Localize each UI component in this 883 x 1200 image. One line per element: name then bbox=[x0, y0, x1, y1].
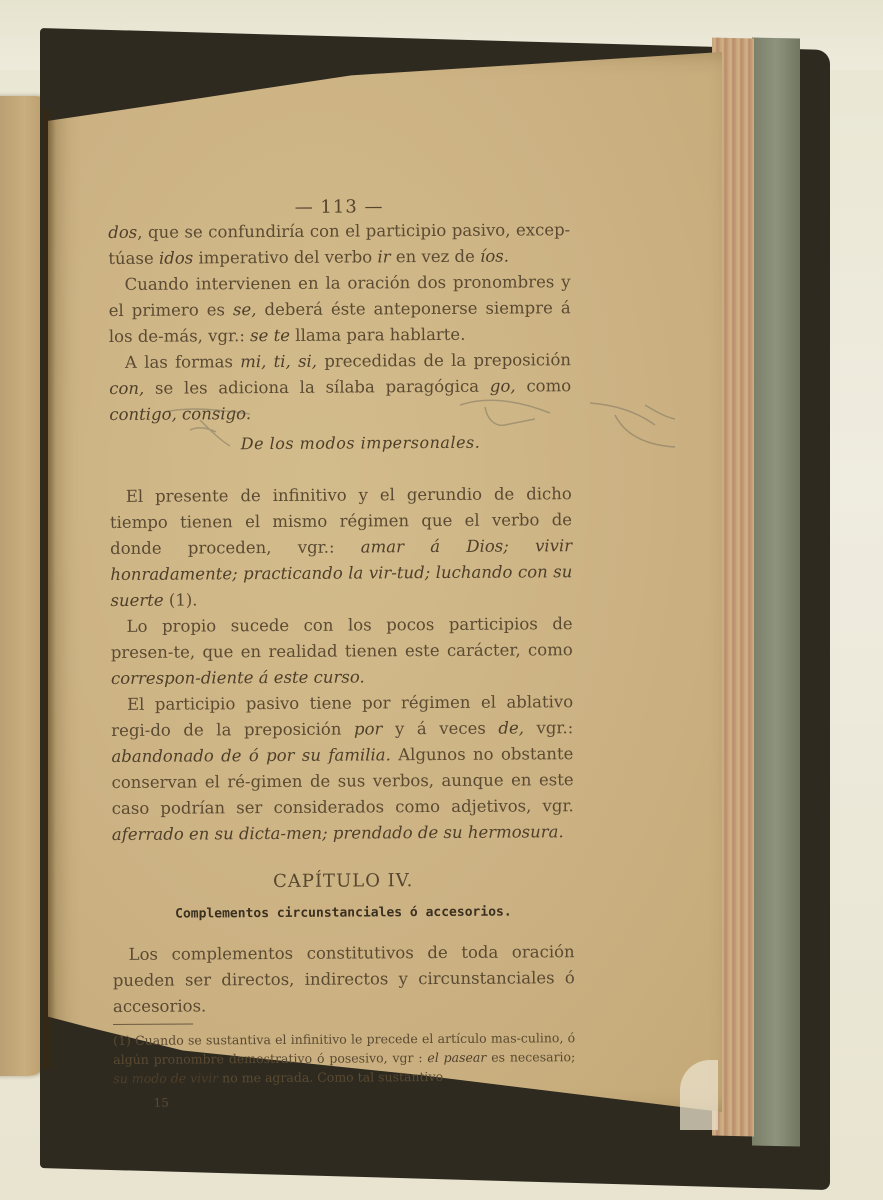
signature-mark: 15 bbox=[153, 1087, 575, 1116]
paragraph: El presente de infinitivo y el gerundio … bbox=[110, 481, 573, 614]
paragraphs-chapter: Los complementos constitutivos de toda o… bbox=[113, 939, 575, 1020]
italic-text: contigo, consigo. bbox=[109, 404, 251, 424]
paragraph: El participio pasivo tiene por régimen e… bbox=[111, 689, 574, 848]
italic-text: se te bbox=[250, 326, 290, 345]
paragraph: A las formas mi, ti, si, precedidas de l… bbox=[109, 347, 571, 428]
italic-text: con, bbox=[109, 379, 144, 398]
page-corner-highlight bbox=[680, 1060, 718, 1130]
italic-text: mi, ti, si, bbox=[240, 352, 317, 371]
paragraphs-top: dos, que se confundiría con el participi… bbox=[108, 217, 571, 428]
body-text: Los complementos constitutivos de toda o… bbox=[113, 942, 575, 1016]
body-text: llama para hablarte. bbox=[290, 325, 466, 345]
footnote-rule bbox=[113, 1023, 193, 1024]
pencil-pointing-hand-icon bbox=[585, 395, 695, 455]
page-text: — 113 — dos, que se confundiría con el p… bbox=[108, 193, 576, 1116]
italic-text: se, bbox=[233, 300, 257, 319]
italic-text: por bbox=[354, 719, 383, 738]
paragraph: Los complementos constitutivos de toda o… bbox=[113, 939, 575, 1020]
italic-text: su modo de vivir bbox=[113, 1070, 218, 1086]
italic-text: dos bbox=[108, 223, 137, 242]
italic-text: ir bbox=[377, 247, 390, 266]
paragraph: Cuando intervienen en la oración dos pro… bbox=[108, 269, 570, 350]
body-text: precedidas de la preposición bbox=[317, 350, 571, 371]
italic-text: el pasear bbox=[427, 1050, 486, 1065]
body-text: y á veces bbox=[382, 719, 498, 739]
body-text: es necesario; bbox=[486, 1049, 575, 1065]
italic-text: de, bbox=[498, 718, 524, 737]
body-text: imperativo del verbo bbox=[193, 247, 377, 267]
italic-text: correspon-diente á este curso. bbox=[111, 667, 365, 688]
body-text: (1). bbox=[164, 590, 198, 609]
chapter-subtitle: Complementos circunstanciales ó accesori… bbox=[112, 899, 574, 928]
paragraph: dos, que se confundiría con el participi… bbox=[108, 217, 570, 272]
body-text: vgr.: bbox=[524, 718, 573, 737]
body-text: Lo propio sucede con los pocos participi… bbox=[111, 614, 573, 662]
paragraphs-mid: El presente de infinitivo y el gerundio … bbox=[110, 481, 574, 848]
body-text: como bbox=[516, 376, 572, 395]
body-text: en vez de bbox=[391, 247, 481, 267]
chapter-title: CAPÍTULO IV. bbox=[112, 867, 574, 896]
italic-text: go, bbox=[490, 377, 516, 396]
body-text: A las formas bbox=[125, 352, 240, 372]
italic-text: aferrado en su dicta-men; prendado de su… bbox=[112, 822, 564, 844]
section-title: De los modos impersonales. bbox=[149, 429, 571, 458]
body-text: se les adiciona la sílaba paragógica bbox=[144, 377, 490, 398]
gutter-shadow bbox=[44, 110, 56, 1070]
italic-text: íos. bbox=[480, 247, 509, 266]
footnote: (1) Cuando se sustantiva el infinitivo l… bbox=[113, 1028, 575, 1088]
italic-text: idos bbox=[159, 248, 193, 267]
body-text: no me agrada. Como tal sustantivo bbox=[218, 1069, 443, 1085]
paragraph: Lo propio sucede con los pocos participi… bbox=[111, 611, 573, 692]
italic-text: abandonado de ó por su familia. bbox=[111, 745, 391, 766]
book-board-edge bbox=[752, 37, 800, 1146]
